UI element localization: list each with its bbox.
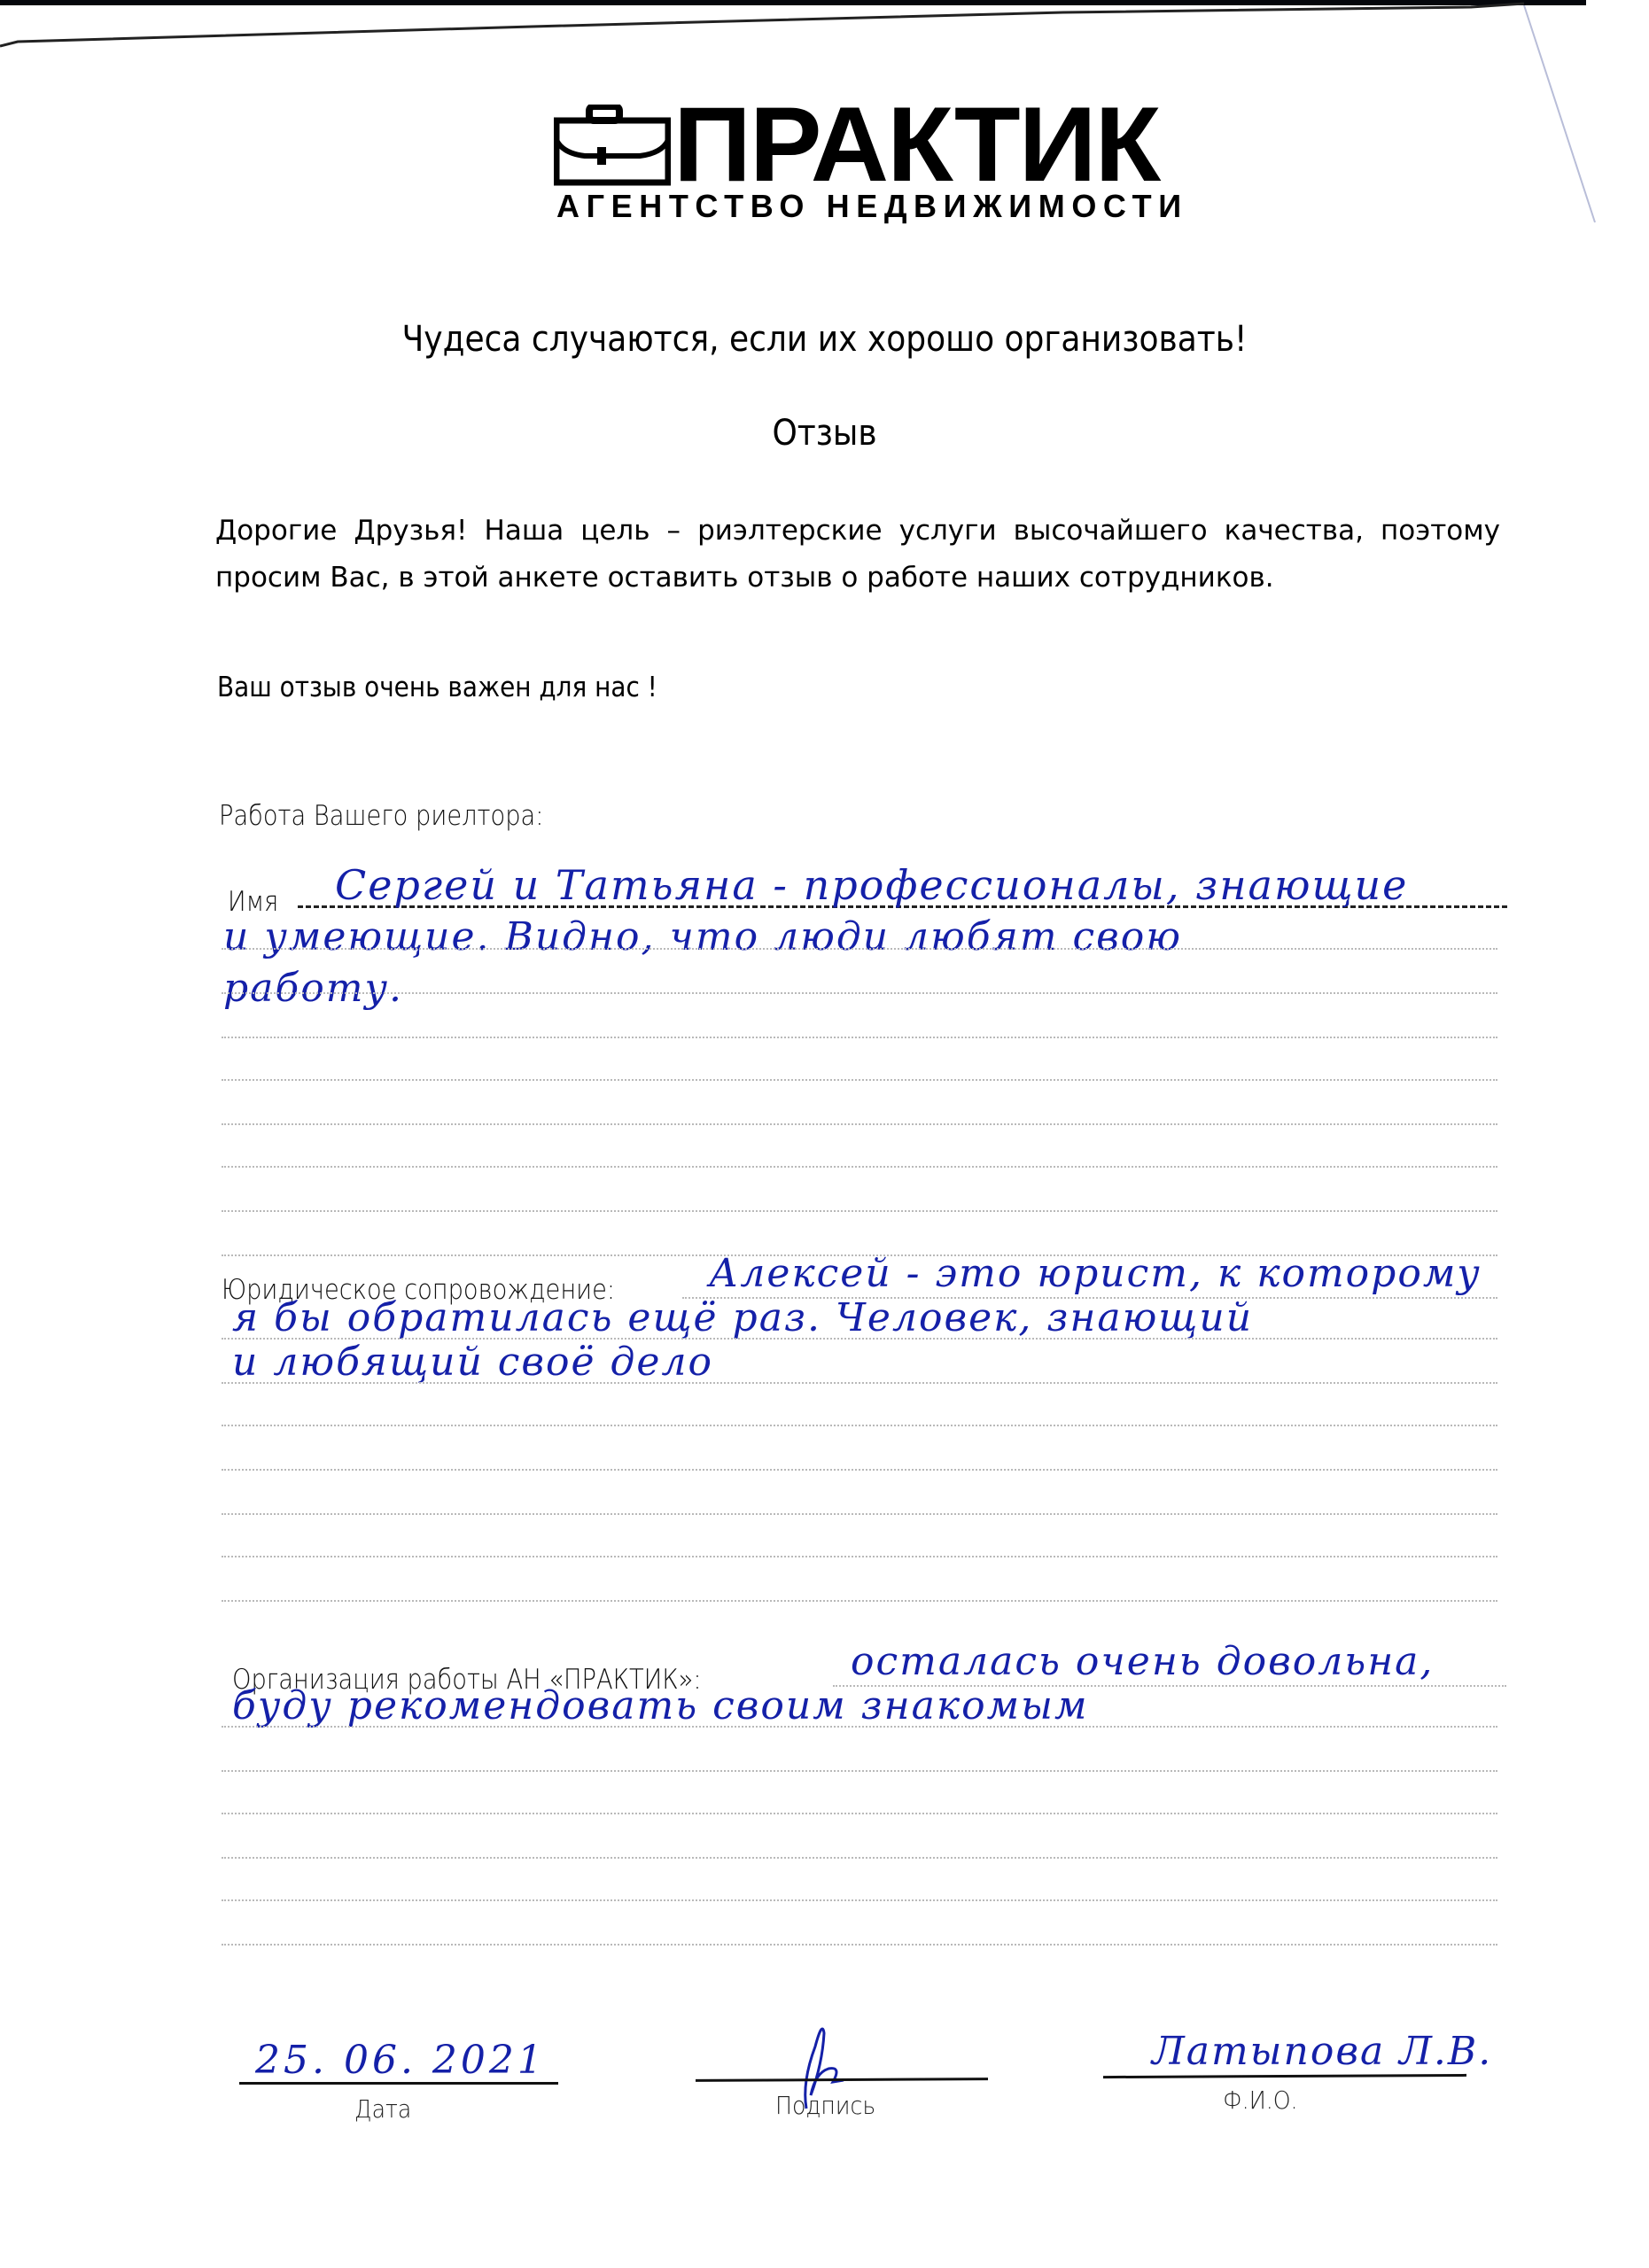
ruled-line <box>222 1556 1497 1557</box>
organization-review-line-2: буду рекомендовать своим знакомым <box>232 1683 1088 1728</box>
ruled-line <box>222 1944 1497 1946</box>
realtor-review-line-1: Сергей и Татьяна - профессионалы, знающи… <box>335 861 1408 909</box>
realtor-review-line-3: работу. <box>223 966 403 1011</box>
full-name-field-line[interactable] <box>1103 2074 1466 2078</box>
ruled-line <box>222 948 1497 950</box>
legal-review-line-1: Алексей - это юрист, к которому <box>709 1251 1482 1296</box>
intro-closing: Ваш отзыв очень важен для нас ! <box>217 672 657 703</box>
ruled-line <box>222 1037 1497 1038</box>
ruled-line <box>222 1770 1497 1772</box>
briefcase-icon <box>554 105 671 186</box>
ruled-line <box>222 1166 1497 1168</box>
signature-label: Подпись <box>775 2091 875 2120</box>
ruled-line <box>222 1857 1497 1859</box>
intro-paragraph: Дорогие Друзья! Наша цель – риэлтерские … <box>215 508 1500 602</box>
scan-diagonal-edge <box>0 0 1649 53</box>
ruled-line <box>222 992 1497 994</box>
full-name-label: Ф.И.О. <box>1223 2085 1298 2115</box>
legal-review-line-3: и любящий своё дело <box>232 1340 713 1385</box>
logo-wordmark: ПРАКТИК <box>673 96 1159 193</box>
paper-fold-line <box>1520 5 1599 227</box>
ruled-line <box>222 1469 1497 1471</box>
ruled-line <box>222 1726 1497 1728</box>
date-label: Дата <box>354 2094 411 2124</box>
ruled-line <box>222 1382 1497 1384</box>
ruled-line <box>222 1079 1497 1081</box>
ruled-line <box>222 1210 1497 1212</box>
organization-review-line-1: осталась очень довольна, <box>851 1639 1434 1684</box>
legal-review-line-2: я бы обратилась ещё раз. Человек, знающи… <box>232 1295 1253 1340</box>
realtor-section-heading: Работа Вашего риелтора: <box>219 800 543 832</box>
logo-subtitle: АГЕНТСТВО НЕДВИЖИМОСТИ <box>556 188 1188 225</box>
date-value: 25. 06. 2021 <box>255 2038 546 2083</box>
realtor-review-line-2: и умеющие. Видно, что люди любят свою <box>223 914 1182 959</box>
ruled-line <box>222 1123 1497 1125</box>
page-title: Отзыв <box>82 413 1567 454</box>
slogan: Чудеса случаются, если их хорошо организ… <box>82 319 1567 360</box>
ruled-line <box>222 1513 1497 1515</box>
ruled-line <box>222 1813 1497 1814</box>
ruled-line <box>222 1425 1497 1426</box>
ruled-line <box>222 1600 1497 1602</box>
full-name-value: Латыпова Л.В. <box>1152 2029 1492 2074</box>
date-field-line[interactable] <box>239 2082 558 2085</box>
ruled-line <box>222 1899 1497 1901</box>
name-label: Имя <box>228 886 278 918</box>
